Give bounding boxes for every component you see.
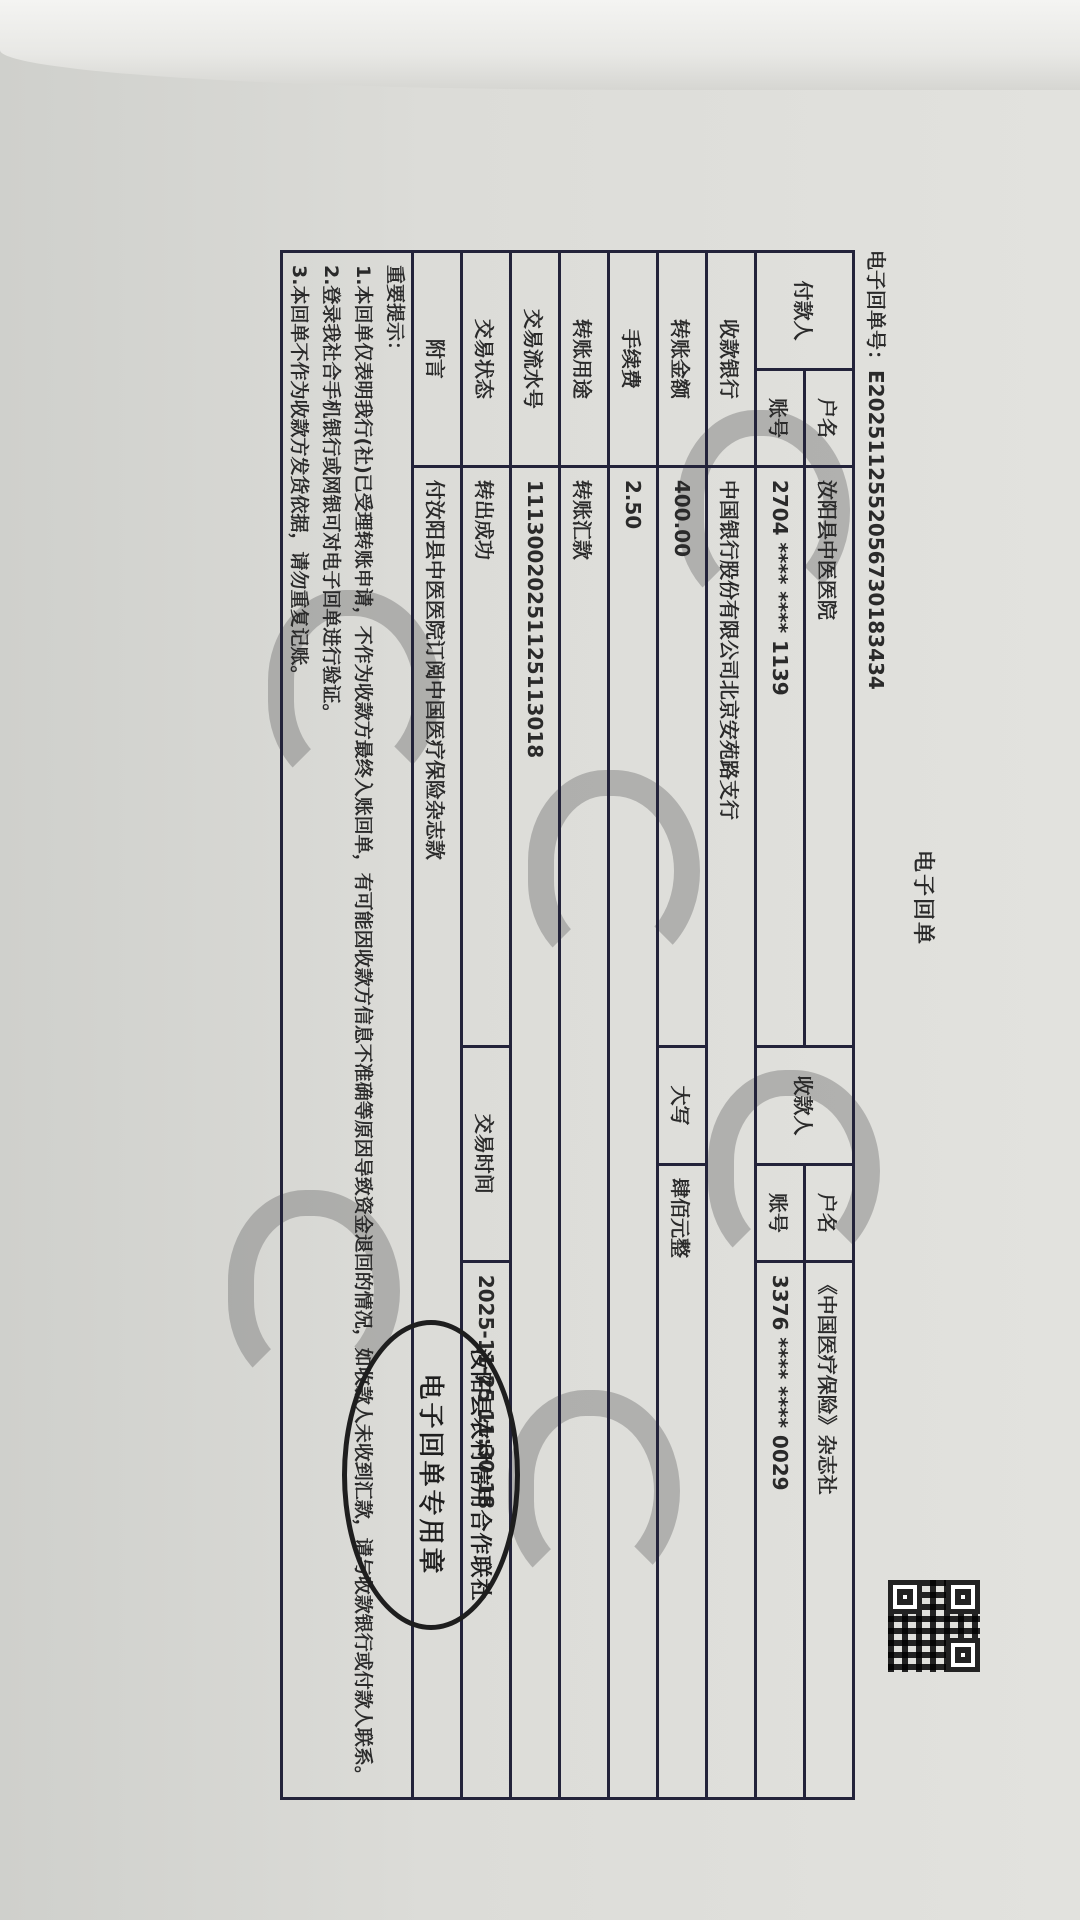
qr-code[interactable] [888, 1580, 980, 1672]
payer-name: 汝阳县中医医院 [805, 466, 854, 1046]
amount-label: 转账金额 [658, 252, 707, 467]
purpose-label: 转账用途 [560, 252, 609, 467]
official-stamp: 汝阳县农村信用合作联社 电子回单专用章 [342, 1320, 520, 1630]
serial-label: 交易流水号 [511, 252, 560, 467]
amount-words: 肆佰元整 [658, 1165, 707, 1799]
bank-receipt: 电子回单 电子回单号：E2025112552056730183434 付款人 户… [140, 210, 1000, 1770]
payer-label: 付款人 [756, 252, 854, 370]
remark-label: 附言 [413, 252, 462, 467]
receipt-number-value: E2025112552056730183434 [864, 370, 888, 690]
receipt-number-label: 电子回单号： [864, 250, 888, 370]
payee-name: 《中国医疗保险》杂志社 [805, 1261, 854, 1798]
amount-words-label: 大写 [658, 1046, 707, 1164]
serial-value: 11130020251125113018 [511, 466, 560, 1798]
note-item: 3.本回单不作为收款方发货依据，请勿重复记账。 [283, 265, 315, 1785]
payer-name-label: 户名 [805, 370, 854, 467]
note-item: 2.登录我社合手机银行或网银可对电子回单进行验证。 [315, 265, 347, 1785]
paper-fold [0, 0, 1080, 90]
payer-account-label: 账号 [756, 370, 805, 467]
status-label: 交易状态 [462, 252, 511, 467]
fee-label: 手续费 [609, 252, 658, 467]
stamp-seal: 电子回单专用章 [414, 1325, 451, 1625]
stamp-org: 汝阳县农村信用合作联社 [466, 1325, 497, 1625]
payee-account: 3376 **** **** 0029 [756, 1261, 805, 1798]
payee-name-label: 户名 [805, 1165, 854, 1262]
time-label: 交易时间 [462, 1046, 511, 1261]
receipt-title: 电子回单 [909, 850, 940, 946]
payee-bank-label: 收款银行 [707, 252, 756, 467]
payee-account-label: 账号 [756, 1165, 805, 1262]
purpose-value: 转账汇款 [560, 466, 609, 1798]
payee-bank: 中国银行股份有限公司北京安苑路支行 [707, 466, 756, 1798]
payer-account: 2704 **** **** 1139 [756, 466, 805, 1046]
status-value: 转出成功 [462, 466, 511, 1046]
payee-label: 收款人 [756, 1046, 854, 1164]
receipt-number: 电子回单号：E2025112552056730183434 [863, 250, 892, 690]
amount-value: 400.00 [658, 466, 707, 1046]
fee-value: 2.50 [609, 466, 658, 1798]
